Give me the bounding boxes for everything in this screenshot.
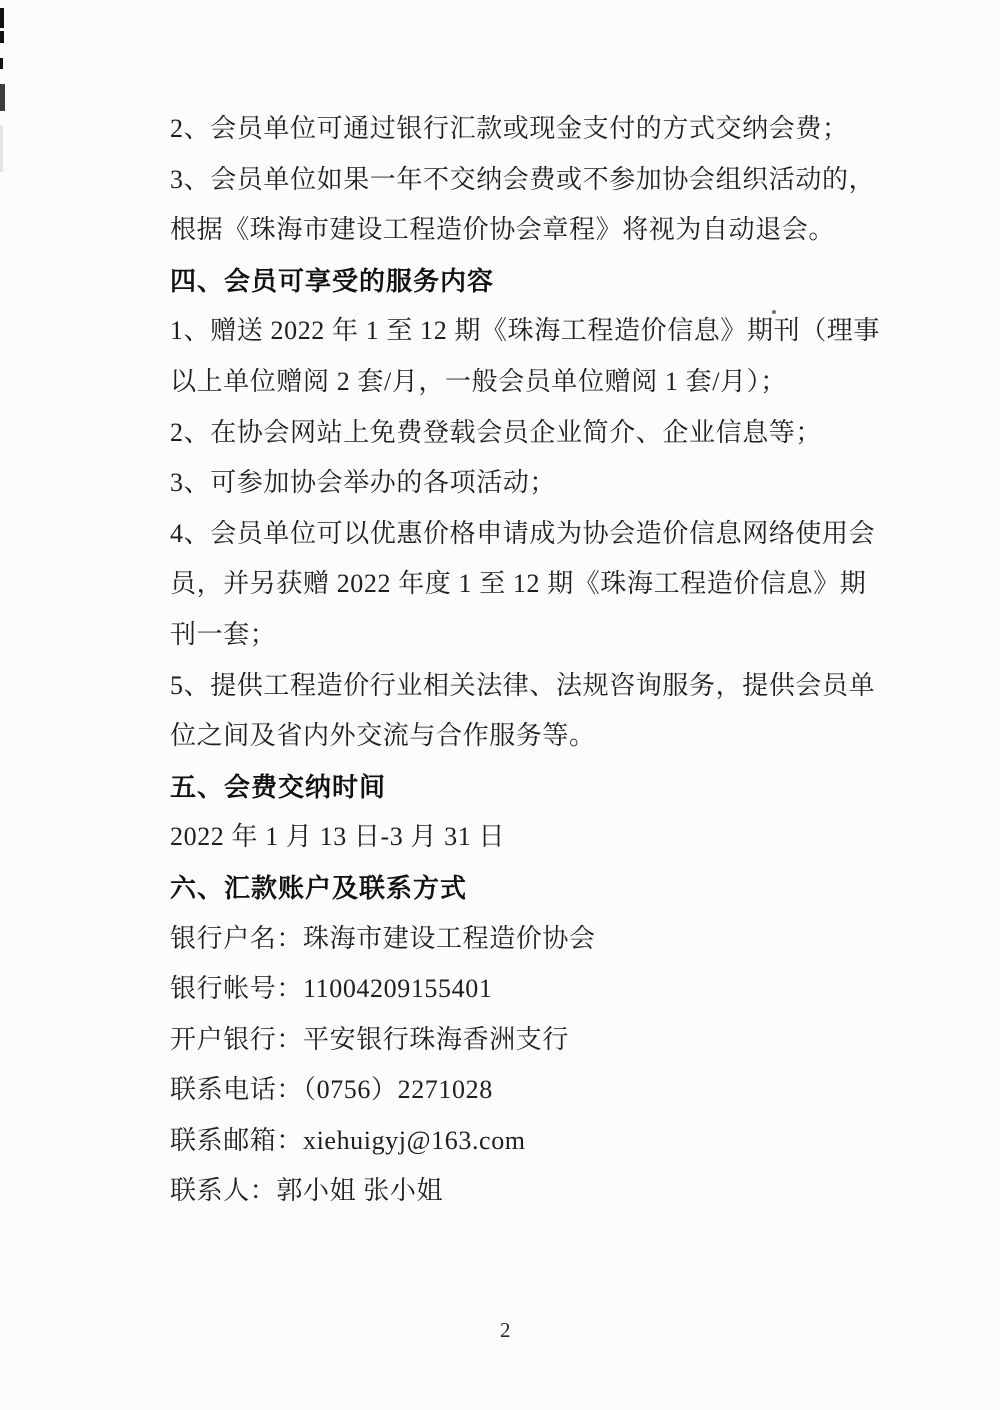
scan-artifact-mark <box>0 58 3 69</box>
doc-line: 1、赠送 2022 年 1 至 12 期《珠海工程造价信息》期刊（理事 <box>170 306 900 357</box>
section-heading-six: 六、汇款账户及联系方式 <box>170 863 900 914</box>
scan-artifact-mark <box>0 8 4 28</box>
doc-line: 3、可参加协会举办的各项活动； <box>170 458 900 509</box>
section-heading-four: 四、会员可享受的服务内容 <box>170 256 900 307</box>
doc-line: 员，并另获赠 2022 年度 1 至 12 期《珠海工程造价信息》期 <box>170 559 900 610</box>
doc-line-contact-person: 联系人：郭小姐 张小姐 <box>170 1166 900 1217</box>
doc-line: 5、提供工程造价行业相关法律、法规咨询服务，提供会员单 <box>170 661 900 712</box>
doc-line: 以上单位赠阅 2 套/月，一般会员单位赠阅 1 套/月）； <box>170 357 900 408</box>
doc-line-contact-phone: 联系电话：（0756）2271028 <box>170 1065 900 1116</box>
doc-line: 3、会员单位如果一年不交纳会费或不参加协会组织活动的， <box>170 155 900 206</box>
doc-line: 2、会员单位可通过银行汇款或现金支付的方式交纳会费； <box>170 104 900 155</box>
scanned-document-page: 2、会员单位可通过银行汇款或现金支付的方式交纳会费； 3、会员单位如果一年不交纳… <box>0 0 1000 1410</box>
doc-line: 刊一套； <box>170 610 900 661</box>
doc-line: 根据《珠海市建设工程造价协会章程》将视为自动退会。 <box>170 205 900 256</box>
document-text-block: 2、会员单位可通过银行汇款或现金支付的方式交纳会费； 3、会员单位如果一年不交纳… <box>170 104 900 1217</box>
doc-line-contact-email: 联系邮箱：xiehuigyj@163.com <box>170 1116 900 1167</box>
doc-line-bank-branch: 开户银行：平安银行珠海香洲支行 <box>170 1015 900 1066</box>
scan-artifact-mark <box>0 31 4 43</box>
doc-line: 位之间及省内外交流与合作服务等。 <box>170 711 900 762</box>
doc-line-payment-period: 2022 年 1 月 13 日-3 月 31 日 <box>170 812 900 863</box>
doc-line-bank-account: 银行帐号：11004209155401 <box>170 964 900 1015</box>
scan-artifact-mark <box>0 84 5 111</box>
scan-artifact-mark <box>0 126 3 172</box>
doc-line: 4、会员单位可以优惠价格申请成为协会造价信息网络使用会 <box>170 509 900 560</box>
page-number: 2 <box>500 1318 511 1343</box>
doc-line-bank-name: 银行户名：珠海市建设工程造价协会 <box>170 914 900 965</box>
doc-line: 2、在协会网站上免费登载会员企业简介、企业信息等； <box>170 408 900 459</box>
section-heading-five: 五、会费交纳时间 <box>170 762 900 813</box>
